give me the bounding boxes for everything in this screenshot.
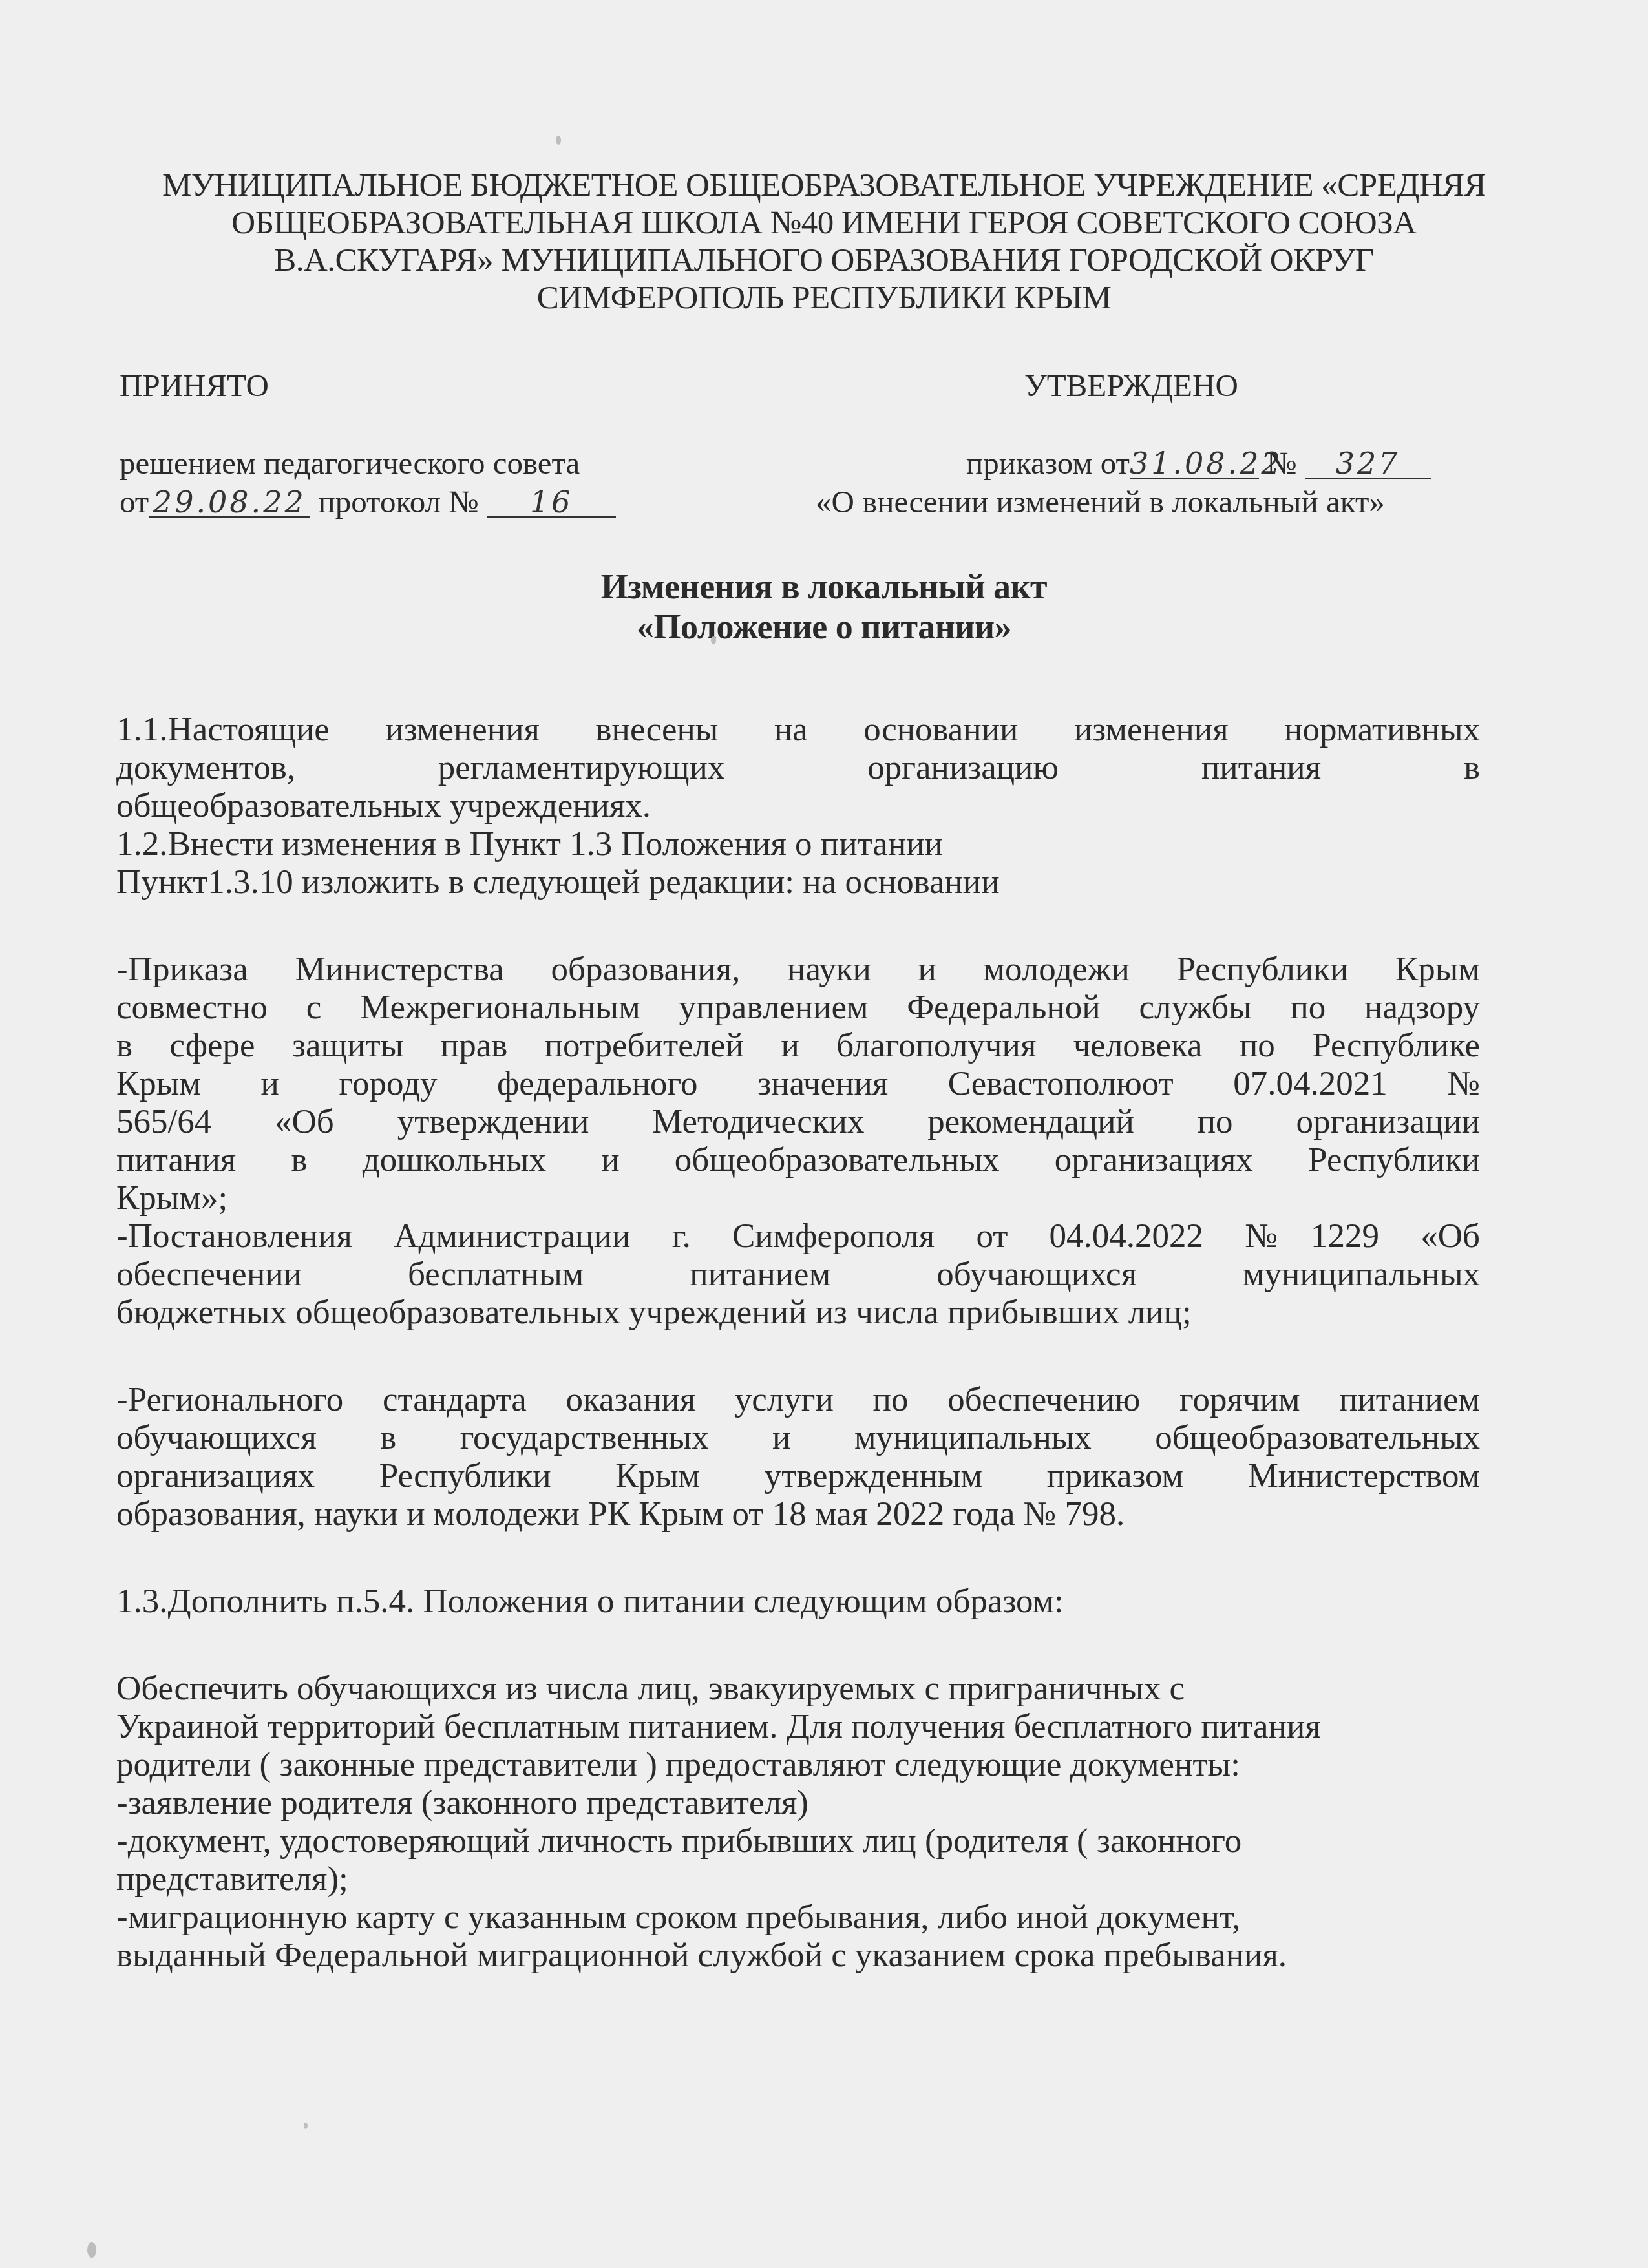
basis-item-1-line-4: Крым и городу федерального значения Сева… (116, 1065, 1480, 1103)
basis-item-2-line-1: -Постановления Администрации г. Симфероп… (116, 1217, 1480, 1255)
p1-1-line-2: документов, регламентирующих организацию… (116, 749, 1480, 787)
required-doc-3-line-2: выданный Федеральной миграционной службо… (116, 1937, 1480, 1975)
scan-speck (87, 2242, 96, 2258)
basis-item-1-line-5: 565/64 «Об утверждении Методических реко… (116, 1103, 1480, 1141)
p1-3: 1.3.Дополнить п.5.4. Положения о питании… (116, 1582, 1480, 1621)
pedagogical-council-decision: решением педагогического совета (120, 445, 580, 481)
order-number-label: № (1267, 445, 1297, 481)
approved-order-line: приказом от31.08.22 № 327 (966, 445, 1431, 481)
basis-item-1-line-3: в сфере защиты прав потребителей и благо… (116, 1027, 1480, 1065)
basis-item-3-line-1: -Регионального стандарта оказания услуги… (116, 1381, 1480, 1419)
order-date-handwritten: 31.08.22 (1130, 449, 1259, 479)
accepted-heading: ПРИНЯТО (120, 367, 269, 404)
basis-item-1-line-7: Крым»; (116, 1179, 1480, 1217)
p1-1-line-1: 1.1.Настоящие изменения внесены на основ… (116, 711, 1480, 749)
accepted-date-protocol: от29.08.22 протокол № 16 (120, 483, 616, 520)
p1-2-item-1-3-10: Пункт1.3.10 изложить в следующей редакци… (116, 863, 1480, 901)
p1-2: 1.2.Внести изменения в Пункт 1.3 Положен… (116, 825, 1480, 863)
org-line-4: СИМФЕРОПОЛЬ РЕСПУБЛИКИ КРЫМ (97, 279, 1551, 317)
scan-speck (711, 636, 716, 644)
basis-item-3-line-2: обучающихся в государственных и муниципа… (116, 1419, 1480, 1457)
basis-item-2-line-3: бюджетных общеобразовательных учреждений… (116, 1294, 1480, 1332)
provide-line-1: Обеспечить обучающихся из числа лиц, эва… (116, 1670, 1480, 1708)
p1-1-line-3: общеобразовательных учреждениях. (116, 787, 1480, 825)
scan-speck (304, 2123, 308, 2129)
document-title-line-1: Изменения в локальный акт (0, 567, 1648, 606)
required-doc-1: -заявление родителя (законного представи… (116, 1784, 1480, 1822)
basis-item-1-line-1: -Приказа Министерства образования, науки… (116, 950, 1480, 989)
provide-line-3: родители ( законные представители ) пред… (116, 1746, 1480, 1784)
approved-heading: УТВЕРЖДЕНО (1024, 367, 1238, 404)
required-doc-3-line-1: -миграционную карту с указанным сроком п… (116, 1898, 1480, 1937)
order-label: приказом от (966, 445, 1130, 481)
from-label: от (120, 484, 149, 520)
basis-item-3-line-4: образования, науки и молодежи РК Крым от… (116, 1495, 1480, 1533)
document-title-line-2: «Положение о питании» (0, 607, 1648, 646)
document-body: 1.1.Настоящие изменения внесены на основ… (116, 711, 1480, 1975)
protocol-number-handwritten: 16 (487, 488, 616, 518)
org-line-3: В.А.СКУГАРЯ» МУНИЦИПАЛЬНОГО ОБРАЗОВАНИЯ … (97, 242, 1551, 279)
basis-item-2-line-2: обеспечении бесплатным питанием обучающи… (116, 1255, 1480, 1294)
org-line-1: МУНИЦИПАЛЬНОЕ БЮДЖЕТНОЕ ОБЩЕОБРАЗОВАТЕЛЬ… (97, 167, 1551, 204)
org-line-2: ОБЩЕОБРАЗОВАТЕЛЬНАЯ ШКОЛА №40 ИМЕНИ ГЕРО… (97, 204, 1551, 242)
basis-item-1-line-6: питания в дошкольных и общеобразовательн… (116, 1141, 1480, 1179)
provide-line-2: Украиной территорий бесплатным питанием.… (116, 1708, 1480, 1746)
basis-item-1-line-2: совместно с Межрегиональным управлением … (116, 989, 1480, 1027)
protocol-label: протокол № (319, 484, 479, 520)
basis-item-3-line-3: организациях Республики Крым утвержденны… (116, 1457, 1480, 1495)
required-doc-2-line-2: представителя); (116, 1860, 1480, 1898)
order-subject: «О внесении изменений в локальный акт» (816, 483, 1385, 520)
required-doc-2-line-1: -документ, удостоверяющий личность прибы… (116, 1822, 1480, 1860)
order-number-handwritten: 327 (1305, 449, 1431, 479)
organization-header: МУНИЦИПАЛЬНОЕ БЮДЖЕТНОЕ ОБЩЕОБРАЗОВАТЕЛЬ… (97, 167, 1551, 317)
scan-speck (556, 136, 561, 145)
scanned-document-page: МУНИЦИПАЛЬНОЕ БЮДЖЕТНОЕ ОБЩЕОБРАЗОВАТЕЛЬ… (0, 0, 1648, 2268)
accepted-date-handwritten: 29.08.22 (149, 488, 310, 518)
